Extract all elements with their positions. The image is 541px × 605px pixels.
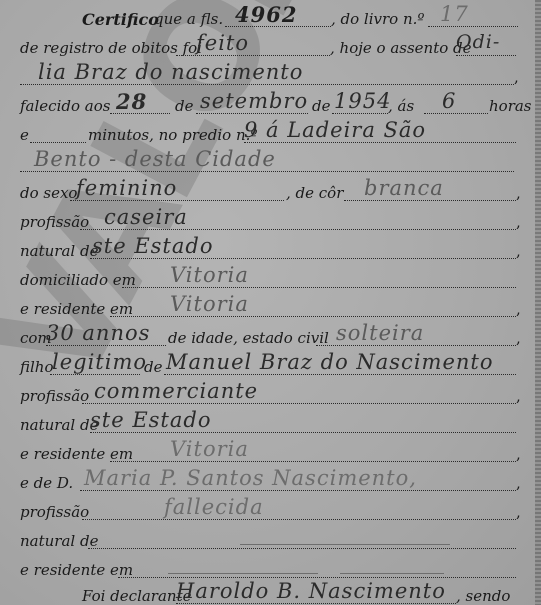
comma: , bbox=[516, 300, 521, 318]
domiciliado-label: domiciliado em bbox=[20, 271, 136, 289]
month-dotted-line bbox=[196, 113, 308, 114]
line-natural-mae: natural de bbox=[0, 530, 541, 554]
profissao-value: caseira bbox=[104, 205, 188, 229]
residente-mae-label: e residente em bbox=[20, 561, 133, 579]
deceased-name-cont: lia Braz do nascimento bbox=[38, 60, 303, 84]
as-label: , ás bbox=[388, 97, 414, 115]
deceased-name-start: Odi- bbox=[456, 31, 500, 53]
comma: , bbox=[516, 242, 521, 260]
idade-value: 30 annos bbox=[46, 321, 150, 345]
livro-value: 17 bbox=[440, 2, 469, 26]
de-pai-label: de bbox=[144, 358, 162, 376]
sendo-label: , sendo bbox=[456, 587, 510, 605]
cor-value: branca bbox=[364, 176, 444, 200]
profissao-pai-label: profissão bbox=[20, 387, 89, 405]
comma: , bbox=[516, 329, 521, 347]
filho-dotted-line bbox=[50, 374, 140, 375]
livro-label: , do livro n.º bbox=[331, 10, 424, 28]
profissao-pai-value: commerciante bbox=[94, 379, 258, 403]
idade-label: de idade, estado civil bbox=[168, 329, 329, 347]
sexo-label: do sexo bbox=[20, 184, 77, 202]
cancel-stroke bbox=[240, 544, 450, 545]
page-edge bbox=[535, 0, 541, 605]
e-label: e bbox=[20, 126, 29, 144]
registro-label: de registro de obitos foi bbox=[20, 39, 202, 57]
line-natural: natural de ste Estado , bbox=[0, 240, 541, 264]
natural-pai-value: ste Estado bbox=[90, 408, 211, 432]
natural-pai-label: natural de bbox=[20, 416, 98, 434]
fls-value: 4962 bbox=[235, 2, 297, 27]
cor-dotted-line bbox=[344, 200, 516, 201]
line-profissao-pai: profissão commerciante , bbox=[0, 385, 541, 409]
comma: , bbox=[514, 68, 519, 86]
hour-dotted-line bbox=[424, 113, 488, 114]
domiciliado-dotted-line bbox=[122, 287, 516, 288]
line-predio-cont: Bento - desta Cidade bbox=[0, 153, 541, 177]
death-day: 28 bbox=[116, 89, 147, 114]
profissao-dotted-line bbox=[80, 229, 516, 230]
predio-cont-value: Bento - desta Cidade bbox=[34, 147, 276, 171]
residente-value: Vitoria bbox=[170, 292, 249, 316]
horas-label: horas bbox=[489, 97, 532, 115]
predio-dotted-line bbox=[244, 142, 516, 143]
line-residente-pai: e residente em Vitoria , bbox=[0, 443, 541, 467]
natural-mae-dotted-line bbox=[88, 548, 516, 549]
assento-label: , hoje o assento de bbox=[330, 39, 472, 57]
foi-value: feito bbox=[196, 31, 249, 55]
line-domiciliado: domiciliado em Vitoria bbox=[0, 269, 541, 293]
mae-label: e de D. bbox=[20, 474, 73, 492]
assento-dotted-line bbox=[456, 55, 516, 56]
pai-value: Manuel Braz do Nascimento bbox=[166, 350, 493, 374]
mae-dotted-line bbox=[80, 490, 516, 491]
civil-value: solteira bbox=[336, 321, 424, 345]
profissao-pai-dotted-line bbox=[82, 403, 516, 404]
line-sexo: do sexo feminino , de côr branca , bbox=[0, 182, 541, 206]
line-filho: filho legitimo de Manuel Braz do Nascime… bbox=[0, 356, 541, 380]
minutos-label: minutos, no predio n.º bbox=[88, 126, 257, 144]
residente-pai-dotted-line bbox=[110, 461, 516, 462]
pai-dotted-line bbox=[164, 374, 516, 375]
line-falecido: falecido aos 28 de setembro de 1954 , ás… bbox=[0, 95, 541, 119]
line-residente: e residente em Vitoria , bbox=[0, 298, 541, 322]
profissao-mae-label: profissão bbox=[20, 503, 89, 521]
filho-value: legitimo bbox=[52, 350, 147, 374]
line-idade: com 30 annos de idade, estado civil solt… bbox=[0, 327, 541, 351]
livro-dotted-line bbox=[428, 26, 518, 27]
falecido-label: falecido aos bbox=[20, 97, 110, 115]
declarante-value: Haroldo B. Nascimento bbox=[176, 579, 446, 603]
declarante-dotted-line bbox=[176, 603, 456, 604]
comma: , bbox=[516, 445, 521, 463]
civil-dotted-line bbox=[316, 345, 516, 346]
cor-label: , de côr bbox=[286, 184, 343, 202]
death-month: setembro bbox=[200, 89, 308, 113]
line-minutos: e minutos, no predio n.º 9 á Ladeira São bbox=[0, 124, 541, 148]
comma: , bbox=[516, 213, 521, 231]
minutes-dotted-line bbox=[30, 142, 86, 143]
natural-dotted-line bbox=[90, 258, 516, 259]
predio-cont-dotted-line bbox=[20, 171, 514, 172]
death-hour: 6 bbox=[442, 89, 456, 113]
line-folio: Certifico que a fls. 4962 , do livro n.º… bbox=[0, 8, 541, 32]
natural-label: natural de bbox=[20, 242, 98, 260]
comma: , bbox=[516, 503, 521, 521]
line-name-cont: lia Braz do nascimento , bbox=[0, 66, 541, 90]
foi-dotted-line bbox=[176, 55, 330, 56]
sexo-value: feminino bbox=[76, 176, 177, 200]
residente-dotted-line bbox=[110, 316, 516, 317]
line-natural-pai: natural de ste Estado bbox=[0, 414, 541, 438]
natural-value: ste Estado bbox=[92, 234, 213, 258]
cancel-stroke bbox=[168, 573, 318, 574]
filho-label: filho bbox=[20, 358, 54, 376]
profissao-mae-dotted-line bbox=[82, 519, 516, 520]
line-declarante: Foi declarante Haroldo B. Nascimento , s… bbox=[0, 585, 541, 605]
death-year: 1954 bbox=[334, 89, 391, 113]
profissao-mae-value: fallecida bbox=[164, 495, 264, 519]
idade-dotted-line bbox=[46, 345, 166, 346]
de-label-1: de bbox=[175, 97, 193, 115]
line-profissao-mae: profissão fallecida , bbox=[0, 501, 541, 525]
natural-pai-dotted-line bbox=[90, 432, 516, 433]
line-registro: de registro de obitos foi feito , hoje o… bbox=[0, 37, 541, 61]
profissao-label: profissão bbox=[20, 213, 89, 231]
natural-mae-label: natural de bbox=[20, 532, 98, 550]
predio-value: 9 á Ladeira São bbox=[244, 118, 426, 142]
mae-value: Maria P. Santos Nascimento, bbox=[84, 466, 417, 490]
year-dotted-line bbox=[332, 113, 388, 114]
comma: , bbox=[516, 474, 521, 492]
residente-mae-dotted-line bbox=[118, 577, 516, 578]
de-label-2: de bbox=[312, 97, 330, 115]
line-mae: e de D. Maria P. Santos Nascimento, , bbox=[0, 472, 541, 496]
domiciliado-value: Vitoria bbox=[170, 263, 249, 287]
fls-label: que a fls. bbox=[154, 10, 223, 28]
certificate-page: VALOR LEGAL Certifico que a fls. 4962 , … bbox=[0, 0, 541, 605]
comma: , bbox=[516, 184, 521, 202]
certifico-label: Certifico bbox=[82, 10, 159, 29]
residente-pai-value: Vitoria bbox=[170, 437, 249, 461]
line-profissao: profissão caseira , bbox=[0, 211, 541, 235]
cancel-stroke bbox=[340, 573, 444, 574]
sexo-dotted-line bbox=[70, 200, 284, 201]
comma: , bbox=[516, 387, 521, 405]
name-dotted-line bbox=[20, 84, 514, 85]
